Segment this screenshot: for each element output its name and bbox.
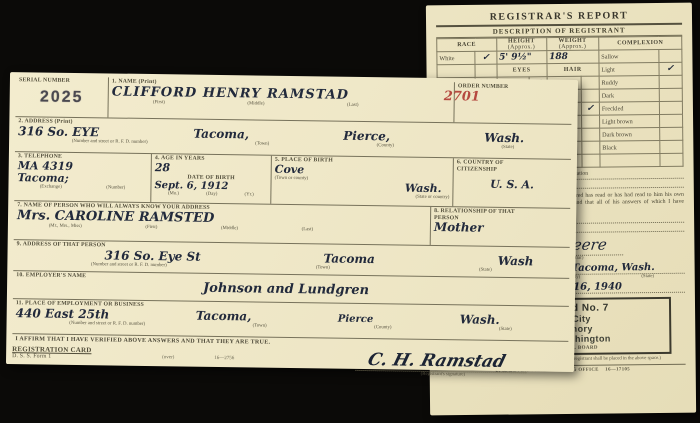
name-field: 1. NAME (Print) CLIFFORD HENRY RAMSTAD (… [107, 77, 454, 122]
eyes-header: EYES [497, 64, 547, 78]
complexion-header: COMPLEXION [599, 36, 682, 50]
footer-print-codes: (over) 16—2756 [162, 347, 318, 362]
complexion-light-label: Light [599, 62, 659, 76]
order-number-value: 2701 [444, 90, 569, 106]
citizenship-label: 6. COUNTRY OF CITIZENSHIP [457, 159, 527, 173]
place-of-birth-field: 5. PLACE OF BIRTH Cove (Town or county) … [270, 156, 453, 207]
complexion-black-label: Black [600, 140, 660, 154]
age-dob-field: 4. AGE IN YEARS 28 DATE OF BIRTH Sept. 6… [150, 154, 271, 204]
relationship-field: 8. RELATIONSHIP OF THAT PERSON Mother [430, 207, 571, 247]
complexion-sallow-label: Sallow [599, 49, 659, 63]
contact-address-town-value: Tacoma [323, 252, 375, 266]
telephone-exchange-value: Tacoma; [18, 172, 148, 186]
complexion-dark-brown-label: Dark brown [600, 127, 660, 141]
scan-background: REGISTRAR'S REPORT DESCRIPTION OF REGIST… [0, 0, 700, 423]
employment-county-value: Pierce [338, 313, 374, 324]
hair-brown-checkmark: ✓ [581, 102, 599, 115]
weight-value: 188 [547, 50, 599, 64]
contact-person-field: 7. NAME OF PERSON WHO WILL ALWAYS KNOW Y… [14, 201, 430, 245]
employment-street-value: 440 East 25th [16, 307, 110, 321]
employment-state-value: Wash. [460, 313, 500, 327]
serial-number-label: SERIAL NUMBER [19, 77, 105, 85]
complexion-dark-label: Dark [599, 88, 659, 102]
complexion-ruddy-label: Ruddy [599, 75, 659, 89]
relationship-value: Mother [434, 221, 567, 236]
footer-form-block: REGISTRATION CARD D. S. S. Form 1 [12, 345, 162, 362]
complexion-light-checkmark: ✓ [658, 62, 682, 75]
form-print-code: 16—17105 [605, 368, 630, 373]
telephone-sublabels: (Exchange) (Number) [17, 184, 147, 191]
complexion-freckled-label: Freckled [599, 101, 659, 115]
height-header: HEIGHT(Approx.) [496, 38, 546, 52]
address-street-value: 316 So. EYE [18, 125, 99, 139]
dob-sublabels: (Mo.) (Day) (Yr.) [154, 191, 267, 198]
telephone-field: 3. TELEPHONE MA 4319 Tacoma; (Exchange) … [14, 152, 151, 202]
registration-card: SERIAL NUMBER 2025 1. NAME (Print) CLIFF… [6, 72, 578, 372]
serial-number-value: 2025 [19, 88, 105, 107]
race-white-checkmark: ✓ [475, 51, 496, 64]
serial-number-field: SERIAL NUMBER 2025 [15, 76, 108, 117]
weight-header: WEIGHT(Approx.) [546, 37, 598, 51]
citizenship-field: 6. COUNTRY OF CITIZENSHIP U. S. A. [452, 158, 571, 208]
registrant-signature-block: C. H. Ramstad (Registrant's signature) [318, 349, 568, 378]
footer-form-number: D. S. S. Form 1 [12, 353, 162, 362]
registrant-signature: C. H. Ramstad [355, 350, 531, 373]
race-header: RACE [437, 38, 497, 52]
employment-town-value: Tacoma, [196, 309, 252, 323]
complexion-light-brown-label: Light brown [599, 114, 659, 128]
row-telephone-age-birth-citizenship: 3. TELEPHONE MA 4319 Tacoma; (Exchange) … [14, 152, 571, 209]
contact-address-state-value: Wash [498, 255, 534, 269]
address-state-value: Wash. [484, 131, 524, 145]
board-place-value: Tacoma, Wash. [572, 262, 655, 274]
contact-address-street-value: 316 So. Eye St [104, 249, 200, 264]
address-county-value: Pierce, [343, 129, 390, 143]
height-value: 5' 9½" [496, 51, 546, 65]
address-town-value: Tacoma, [193, 127, 249, 141]
order-number-field: ORDER NUMBER 2701 [453, 82, 572, 124]
birth-state-sublabel: (State or country) [274, 193, 449, 200]
race-white-label: White [437, 51, 475, 64]
hair-header: HAIR [547, 63, 599, 77]
citizenship-value: U. S. A. [456, 179, 567, 193]
